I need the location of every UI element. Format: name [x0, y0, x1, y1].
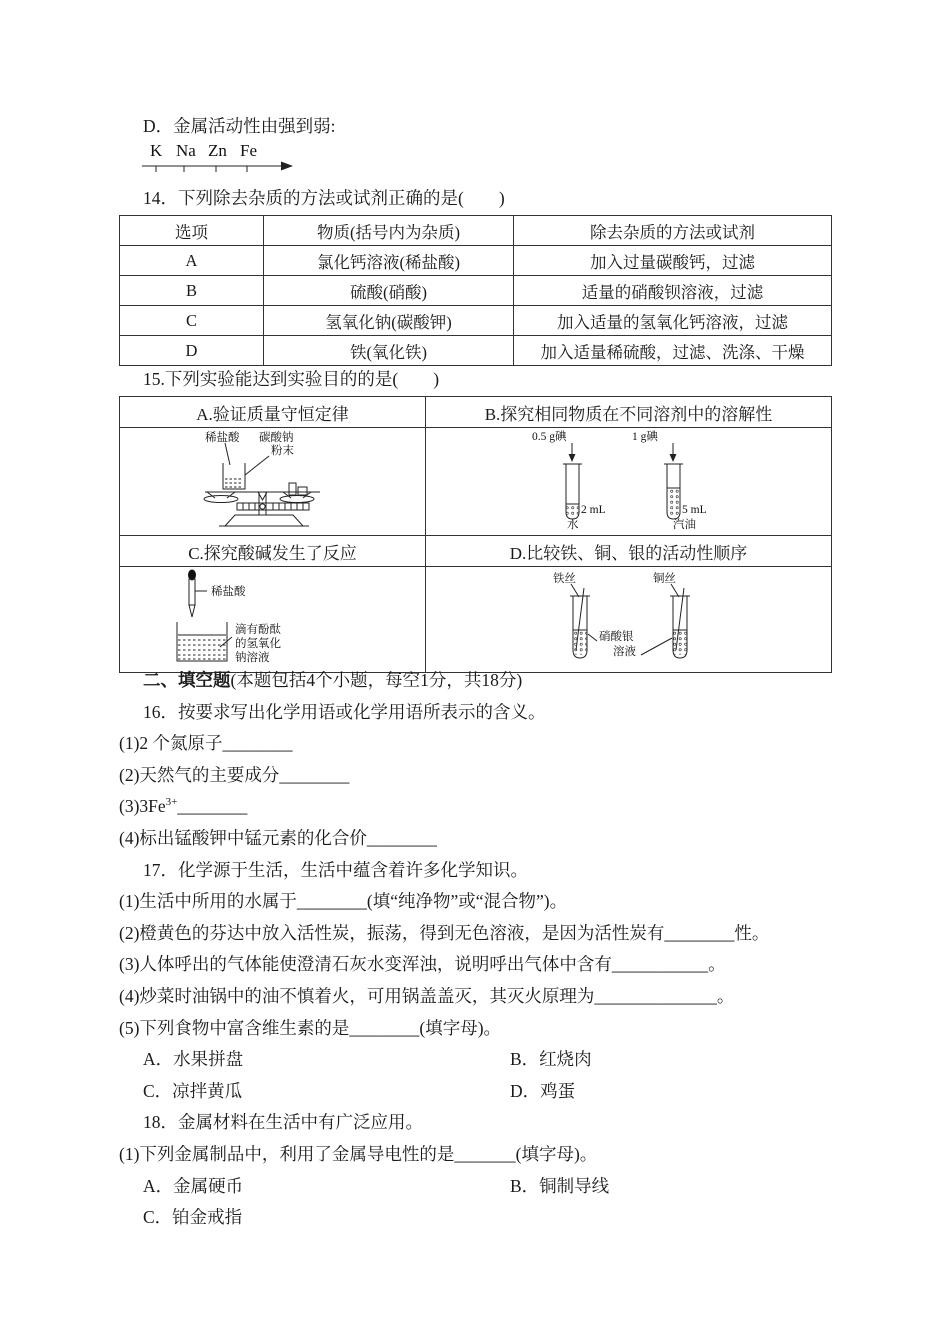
left-pan — [204, 496, 238, 503]
q17-options-row-2: C．凉拌黄瓜D．鸡蛋 — [119, 1076, 879, 1108]
q17-item-5: (5)下列食物中富含维生素的是________(填字母)。 — [119, 1013, 879, 1045]
leader-line — [225, 443, 230, 465]
left-solvent-label: 水 — [567, 517, 579, 530]
right-wire-label: 铜丝 — [653, 571, 676, 585]
q15-table: A.验证质量守恒定律 B.探究相同物质在不同溶剂中的溶解性 稀盐酸 碳酸钠 粉末 — [119, 396, 832, 673]
table-row: A.验证质量守恒定律 B.探究相同物质在不同溶剂中的溶解性 — [120, 397, 832, 428]
powder-label-line1: 碳酸钠 — [259, 430, 294, 444]
element-zn: Zn — [208, 141, 227, 160]
section2-heading: 二、填空题(本题包括4个小题，每空1分，共18分) — [119, 665, 879, 697]
tick-marks — [156, 166, 247, 172]
cell-option: C — [120, 306, 264, 336]
experiment-a-title: A.验证质量守恒定律 — [120, 397, 426, 428]
q18-item-1: (1)下列金属制品中，利用了金属导电性的是_______(填字母)。 — [119, 1139, 879, 1171]
solubility-test-tubes-diagram: 0.5 g碘 1 g碘 2 mL 水 5 mL 汽油 — [526, 428, 731, 530]
leader-line — [641, 638, 672, 655]
cell-substance: 硫酸(硝酸) — [264, 276, 514, 306]
leader-line — [571, 584, 579, 597]
left-wire-label: 铁丝 — [553, 571, 576, 585]
q17-item-4: (4)炒菜时油锅中的油不慎着火，可用锅盖盖灭，其灭火原理为___________… — [119, 981, 879, 1013]
q16-item-3: (3)3Fe3+________ — [119, 791, 879, 823]
right-mass-label: 1 g碘 — [632, 429, 658, 443]
table-row: B 硫酸(硝酸) 适量的硝酸钡溶液，过滤 — [120, 276, 832, 306]
experiment-b-title: B.探究相同物质在不同溶剂中的溶解性 — [426, 397, 832, 428]
col-header-substance: 物质(括号内为杂质) — [264, 216, 514, 246]
table-row: A 氯化钙溶液(稀盐酸) 加入过量碳酸钙，过滤 — [120, 246, 832, 276]
solution-label-line2: 的氢氧化 — [235, 636, 281, 650]
cell-option: A — [120, 246, 264, 276]
solution-label-line1: 滴有酚酞 — [235, 622, 281, 636]
q17-stem: 17．化学源于生活，生活中蕴含着许多化学知识。 — [119, 855, 879, 887]
left-mass-label: 0.5 g碘 — [532, 429, 567, 443]
table-row: C.探究酸碱发生了反应 D.比较铁、铜、银的活动性顺序 — [120, 536, 832, 567]
balance-scale-diagram: 稀盐酸 碳酸钠 粉末 — [185, 429, 360, 529]
q18-option-c: C．铂金戒指 — [143, 1207, 242, 1227]
q16-item-1: (1)2 个氮原子________ — [119, 728, 879, 760]
experiment-d-title: D.比较铁、铜、银的活动性顺序 — [426, 536, 832, 567]
q18-stem: 18．金属材料在生活中有广泛应用。 — [119, 1107, 879, 1139]
cell-method: 适量的硝酸钡溶液，过滤 — [514, 276, 832, 306]
experiment-b-cell: 0.5 g碘 1 g碘 2 mL 水 5 mL 汽油 — [426, 428, 832, 536]
powder-label-line2: 粉末 — [271, 443, 294, 457]
q18-option-b: B．铜制导线 — [510, 1171, 609, 1203]
cell-option: D — [120, 336, 264, 366]
q17-item-3: (3)人体呼出的气体能使澄清石灰水变浑浊，说明呼出气体中含有__________… — [119, 949, 879, 981]
q16-item-4: (4)标出锰酸钾中锰元素的化合价________ — [119, 823, 879, 855]
q17-option-d: D．鸡蛋 — [510, 1076, 575, 1108]
element-fe: Fe — [240, 141, 257, 160]
col-header-method: 除去杂质的方法或试剂 — [514, 216, 832, 246]
q17-item-1: (1)生活中所用的水属于________(填“纯净物”或“混合物”)。 — [119, 886, 879, 918]
liquid — [573, 630, 586, 654]
experiment-d-cell: 铁丝 铜丝 硝酸银 溶液 — [426, 567, 832, 673]
base — [225, 515, 303, 526]
solution-label-line2: 溶液 — [613, 644, 636, 658]
cell-option: B — [120, 276, 264, 306]
adjust-knob — [260, 504, 265, 509]
experiment-c-cell: 稀盐酸 滴有酚酞 的氢氧化 钠溶液 — [120, 567, 426, 673]
dropper-label: 稀盐酸 — [211, 584, 246, 598]
scale-ticks — [243, 503, 303, 510]
exam-paper-page: D．金属活动性由强到弱: K Na Zn Fe 14．下列除去杂质的方法或试剂正… — [0, 0, 950, 1344]
down-arrow-head — [670, 454, 677, 462]
solution-label-line3: 钠溶液 — [235, 650, 270, 664]
liquid — [225, 479, 243, 487]
metal-activity-test-diagram: 铁丝 铜丝 硝酸银 溶液 — [529, 570, 729, 665]
element-k: K — [150, 141, 163, 160]
arrow-right-icon — [281, 162, 293, 171]
leader-line — [220, 637, 232, 647]
element-na: Na — [176, 141, 196, 160]
option-d-line: D．金属活动性由强到弱: — [143, 113, 336, 138]
dropper-tip — [189, 605, 195, 617]
beaker — [223, 463, 245, 489]
liquid — [567, 505, 579, 518]
leader-line — [671, 584, 679, 597]
cell-method: 加入适量的氢氧化钙溶液，过滤 — [514, 306, 832, 336]
table-row: C 氢氧化钠(碳酸钾) 加入适量的氢氧化钙溶液，过滤 — [120, 306, 832, 336]
leader-line — [245, 456, 269, 475]
liquid — [668, 489, 680, 518]
right-solvent-label: 汽油 — [673, 517, 696, 530]
q16-item3-blank: ________ — [177, 796, 247, 816]
table-header-row: 选项 物质(括号内为杂质) 除去杂质的方法或试剂 — [120, 216, 832, 246]
q17-option-b: B．红烧肉 — [510, 1044, 592, 1076]
reagent-label: 稀盐酸 — [205, 430, 240, 444]
q17-option-c: C．凉拌黄瓜 — [143, 1081, 242, 1101]
table-row: 稀盐酸 碳酸钠 粉末 — [120, 428, 832, 536]
cell-substance: 铁(氧化铁) — [264, 336, 514, 366]
q16-item3-text: (3)3Fe — [119, 796, 166, 816]
q18-options-row-2: C．铂金戒指 — [119, 1202, 879, 1234]
right-pan — [280, 496, 314, 503]
right-volume-label: 5 mL — [682, 504, 707, 516]
table-row: 稀盐酸 滴有酚酞 的氢氧化 钠溶液 — [120, 567, 832, 673]
leader-line — [588, 634, 597, 641]
weight — [289, 483, 296, 495]
q17-option-a: A．水果拼盘 — [143, 1049, 243, 1069]
experiment-c-title: C.探究酸碱发生了反应 — [120, 536, 426, 567]
section2-heading-note: (本题包括4个小题，每空1分，共18分) — [231, 670, 523, 690]
metal-activity-series-diagram: K Na Zn Fe — [142, 140, 294, 178]
cell-substance: 氢氧化钠(碳酸钾) — [264, 306, 514, 336]
liquid — [178, 640, 226, 659]
section2-heading-title: 二、填空题 — [143, 670, 231, 690]
q16-stem: 16．按要求写出化学用语或化学用语所表示的含义。 — [119, 697, 879, 729]
q16-item3-superscript: 3+ — [166, 797, 178, 809]
q14-stem: 14．下列除去杂质的方法或试剂正确的是( ) — [143, 185, 505, 210]
fill-in-section: 二、填空题(本题包括4个小题，每空1分，共18分) 16．按要求写出化学用语或化… — [119, 665, 879, 1234]
weight — [298, 487, 307, 495]
q15-stem: 15.下列实验能达到实验目的的是( ) — [143, 366, 439, 391]
q18-option-a: A．金属硬币 — [143, 1176, 243, 1196]
q14-table: 选项 物质(括号内为杂质) 除去杂质的方法或试剂 A 氯化钙溶液(稀盐酸) 加入… — [119, 215, 832, 366]
q16-item-2: (2)天然气的主要成分________ — [119, 760, 879, 792]
q17-options-row-1: A．水果拼盘B．红烧肉 — [119, 1044, 879, 1076]
cell-method: 加入适量稀硫酸，过滤、洗涤、干燥 — [514, 336, 832, 366]
liquid — [673, 630, 686, 654]
cell-substance: 氯化钙溶液(稀盐酸) — [264, 246, 514, 276]
cell-method: 加入过量碳酸钙，过滤 — [514, 246, 832, 276]
experiment-a-cell: 稀盐酸 碳酸钠 粉末 — [120, 428, 426, 536]
col-header-option: 选项 — [120, 216, 264, 246]
q18-options-row-1: A．金属硬币B．铜制导线 — [119, 1171, 879, 1203]
q17-item-2: (2)橙黄色的芬达中放入活性炭，振荡，得到无色溶液，是因为活性炭有_______… — [119, 918, 879, 950]
down-arrow-head — [569, 454, 576, 462]
dropper-tube — [189, 579, 195, 605]
solution-label-line1: 硝酸银 — [599, 629, 634, 643]
acid-base-reaction-diagram: 稀盐酸 滴有酚酞 的氢氧化 钠溶液 — [165, 567, 380, 667]
table-row: D 铁(氧化铁) 加入适量稀硫酸，过滤、洗涤、干燥 — [120, 336, 832, 366]
left-volume-label: 2 mL — [581, 504, 606, 516]
